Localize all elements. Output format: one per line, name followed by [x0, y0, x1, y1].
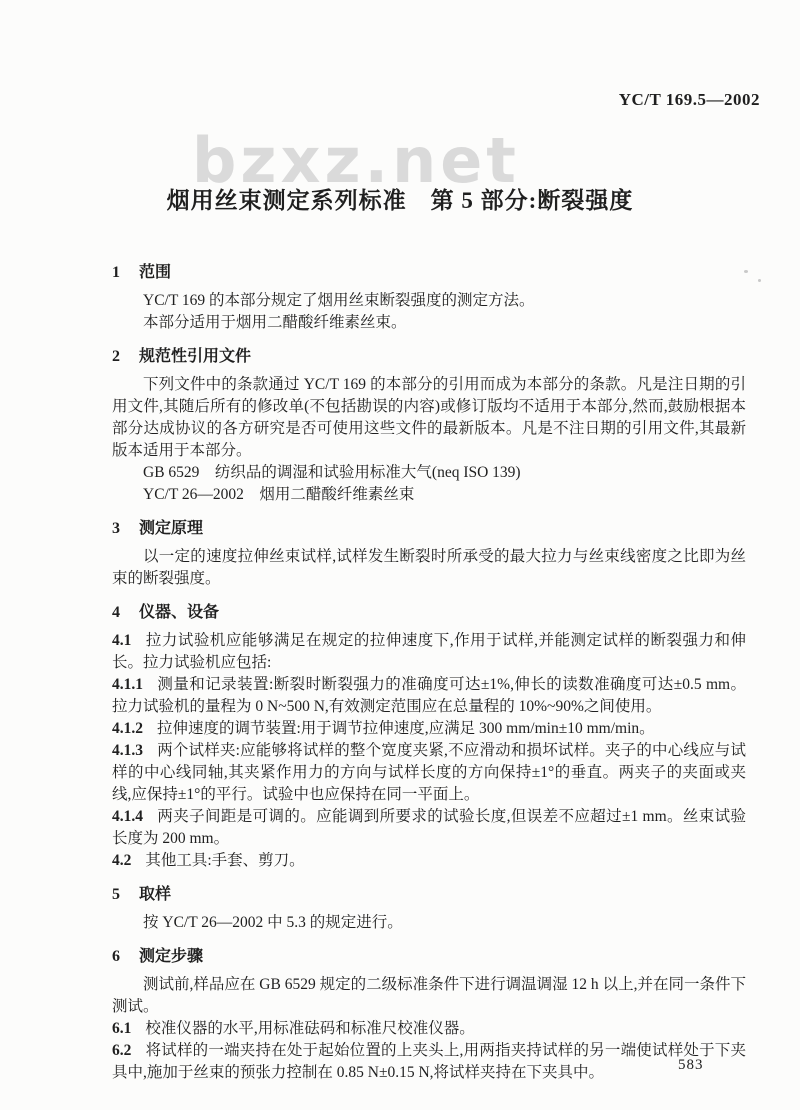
- clause-4-1: 4.1拉力试验机应能够满足在规定的拉伸速度下,作用于试样,并能测定试样的断裂强力…: [112, 630, 746, 674]
- document-body: 1范围 YC/T 169 的本部分规定了烟用丝束断裂强度的测定方法。 本部分适用…: [112, 250, 746, 1084]
- clause-text: 两个试样夹:应能够将试样的整个宽度夹紧,不应滑动和损坏试样。夹子的中心线应与试样…: [112, 742, 746, 803]
- doc-number: YC/T 169.5—2002: [619, 90, 760, 110]
- paragraph: 以一定的速度拉伸丝束试样,试样发生断裂时所承受的最大拉力与丝束线密度之比即为丝束…: [112, 546, 746, 590]
- paragraph: 本部分适用于烟用二醋酸纤维素丝束。: [112, 312, 746, 334]
- section-heading-4: 4仪器、设备: [112, 602, 746, 624]
- scan-speck: [758, 279, 761, 282]
- clause-number: 4.1: [112, 632, 131, 649]
- section-number: 4: [112, 604, 120, 621]
- paragraph: 测试前,样品应在 GB 6529 规定的二级标准条件下进行调温调湿 12 h 以…: [112, 974, 746, 1018]
- section-heading-3: 3测定原理: [112, 518, 746, 540]
- page-title: 烟用丝束测定系列标准 第 5 部分:断裂强度: [0, 182, 800, 215]
- reference-item: GB 6529 纺织品的调湿和试验用标准大气(neq ISO 139): [112, 462, 746, 484]
- paragraph: YC/T 169 的本部分规定了烟用丝束断裂强度的测定方法。: [112, 290, 746, 312]
- paragraph: 下列文件中的条款通过 YC/T 169 的本部分的引用而成为本部分的条款。凡是注…: [112, 374, 746, 462]
- clause-text: 其他工具:手套、剪刀。: [145, 852, 304, 869]
- section-heading-2: 2规范性引用文件: [112, 346, 746, 368]
- clause-text: 拉伸速度的调节装置:用于调节拉伸速度,应满足 300 mm/min±10 mm/…: [157, 720, 655, 737]
- section-heading-text: 规范性引用文件: [139, 348, 251, 365]
- section-number: 2: [112, 348, 120, 365]
- section-number: 3: [112, 520, 120, 537]
- document-page: YC/T 169.5—2002 bzxz.net 烟用丝束测定系列标准 第 5 …: [0, 0, 800, 1110]
- clause-number: 4.1.1: [112, 676, 143, 693]
- page-number: 583: [678, 1057, 704, 1074]
- section-number: 1: [112, 264, 120, 281]
- clause-number: 4.2: [112, 852, 131, 869]
- clause-4-1-1: 4.1.1测量和记录装置:断裂时断裂强力的准确度可达±1%,伸长的读数准确度可达…: [112, 674, 746, 718]
- section-number: 6: [112, 948, 120, 965]
- clause-4-2: 4.2其他工具:手套、剪刀。: [112, 850, 746, 872]
- clause-6-1: 6.1校准仪器的水平,用标准砝码和标准尺校准仪器。: [112, 1018, 746, 1040]
- section-heading-text: 仪器、设备: [139, 604, 219, 621]
- clause-4-1-3: 4.1.3两个试样夹:应能够将试样的整个宽度夹紧,不应滑动和损坏试样。夹子的中心…: [112, 740, 746, 806]
- section-heading-5: 5取样: [112, 884, 746, 906]
- clause-number: 6.2: [112, 1042, 131, 1059]
- section-heading-1: 1范围: [112, 262, 746, 284]
- clause-number: 6.1: [112, 1020, 131, 1037]
- section-heading-text: 范围: [139, 264, 171, 281]
- clause-text: 两夹子间距是可调的。应能调到所要求的试验长度,但误差不应超过±1 mm。丝束试验…: [112, 808, 746, 847]
- section-heading-text: 测定步骤: [139, 948, 203, 965]
- section-number: 5: [112, 886, 120, 903]
- clause-6-2: 6.2将试样的一端夹持在处于起始位置的上夹头上,用两指夹持试样的另一端使试样处于…: [112, 1040, 746, 1084]
- clause-4-1-4: 4.1.4两夹子间距是可调的。应能调到所要求的试验长度,但误差不应超过±1 mm…: [112, 806, 746, 850]
- clause-number: 4.1.4: [112, 808, 143, 825]
- clause-text: 拉力试验机应能够满足在规定的拉伸速度下,作用于试样,并能测定试样的断裂强力和伸长…: [112, 632, 746, 671]
- clause-4-1-2: 4.1.2拉伸速度的调节装置:用于调节拉伸速度,应满足 300 mm/min±1…: [112, 718, 746, 740]
- clause-text: 将试样的一端夹持在处于起始位置的上夹头上,用两指夹持试样的另一端使试样处于下夹具…: [112, 1042, 746, 1081]
- section-heading-text: 取样: [139, 886, 171, 903]
- clause-number: 4.1.3: [112, 742, 143, 759]
- section-heading-6: 6测定步骤: [112, 946, 746, 968]
- reference-item: YC/T 26—2002 烟用二醋酸纤维素丝束: [112, 484, 746, 506]
- clause-text: 测量和记录装置:断裂时断裂强力的准确度可达±1%,伸长的读数准确度可达±0.5 …: [112, 676, 746, 715]
- paragraph: 按 YC/T 26—2002 中 5.3 的规定进行。: [112, 912, 746, 934]
- section-heading-text: 测定原理: [139, 520, 203, 537]
- clause-text: 校准仪器的水平,用标准砝码和标准尺校准仪器。: [145, 1020, 474, 1037]
- clause-number: 4.1.2: [112, 720, 143, 737]
